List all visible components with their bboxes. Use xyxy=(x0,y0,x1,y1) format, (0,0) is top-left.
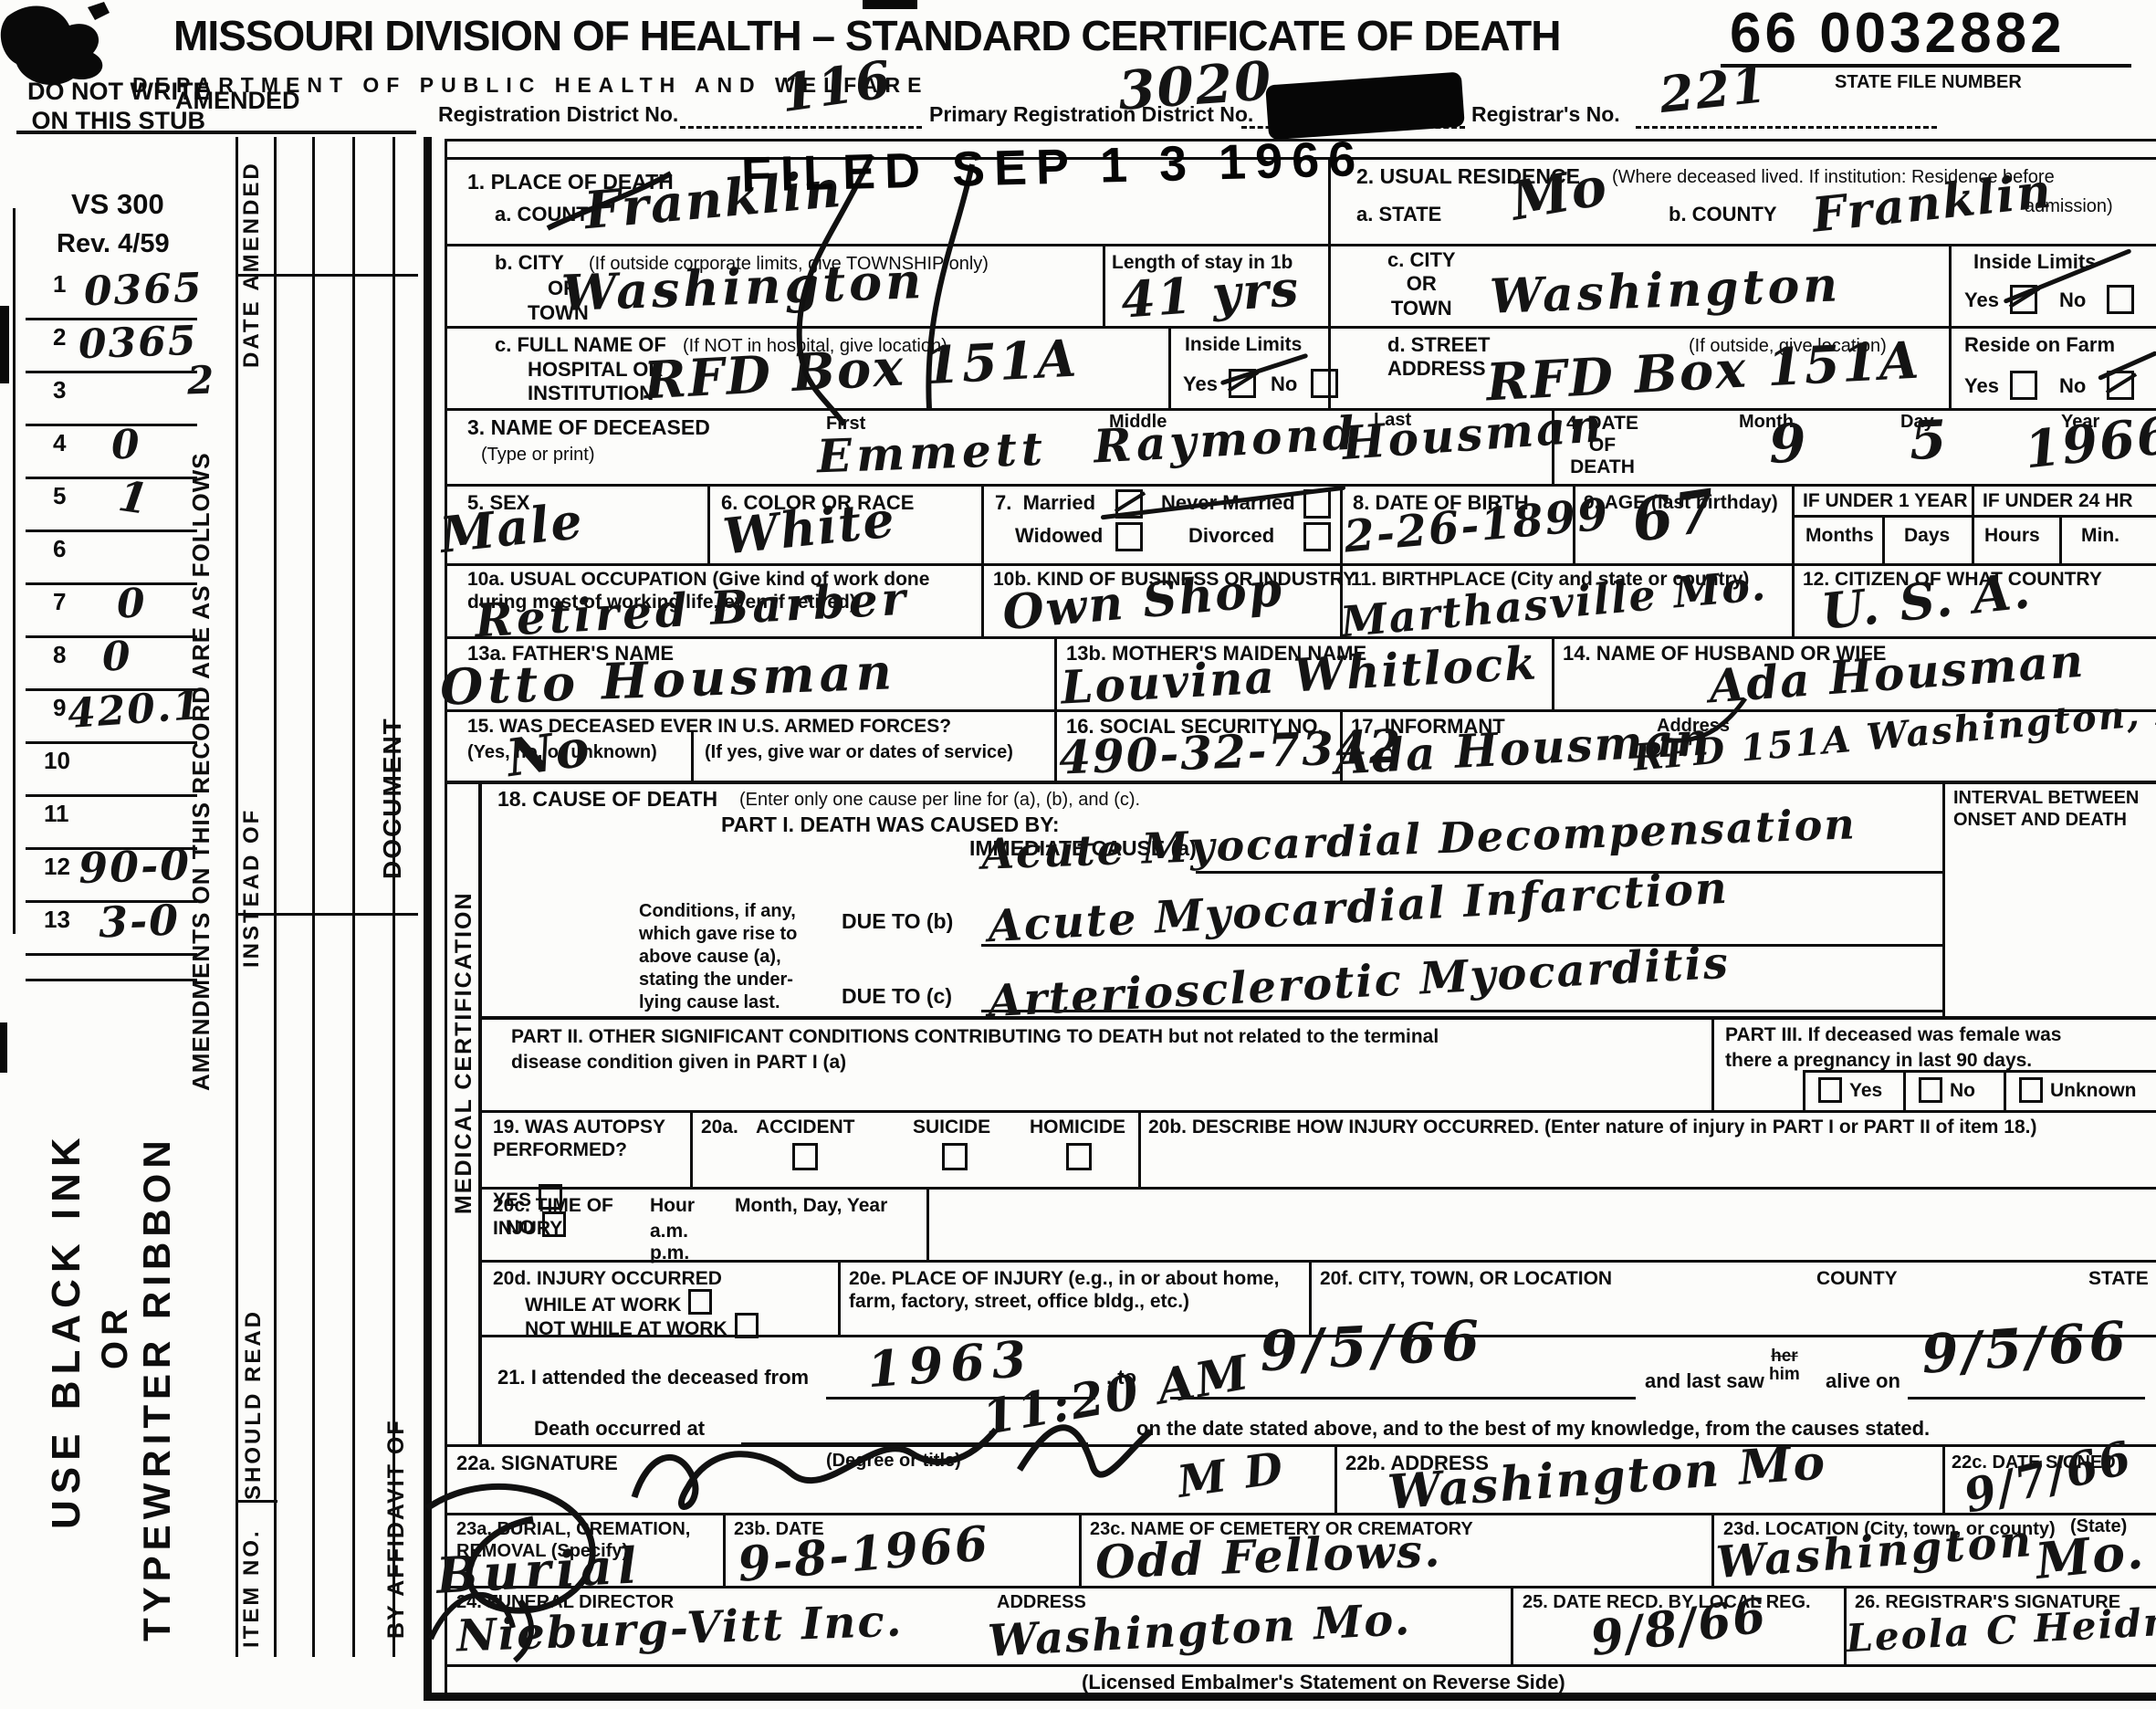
stub-row-num: 7 xyxy=(53,588,66,616)
hours-label: Hours xyxy=(1984,524,2040,547)
stub-use-black-ink-or: OR xyxy=(95,1269,136,1369)
field-20b-heading: 20b. DESCRIBE HOW INJURY OCCURRED. (Ente… xyxy=(1148,1116,2134,1138)
under-24-hr-label: IF UNDER 24 HR xyxy=(1983,489,2133,512)
state-label: STATE xyxy=(2088,1267,2149,1290)
last-alive-value: 9/5/66 xyxy=(1920,1309,2131,1386)
part3-heading: PART III. If deceased was female was the… xyxy=(1725,1022,2061,1075)
pregnancy-yes-checkbox xyxy=(1818,1077,1842,1103)
divider xyxy=(235,137,238,1657)
inside-limits-no-label-2: No xyxy=(2059,288,2086,312)
scan-artifact xyxy=(0,306,9,383)
divider xyxy=(26,371,197,373)
divider xyxy=(1334,1444,1337,1513)
divider xyxy=(1552,636,1554,709)
inside-limits-label-1: Inside Limits xyxy=(1185,333,1302,356)
stub-use-typewriter-ribbon: TYPEWRITER RIBBON xyxy=(135,1048,179,1641)
divider xyxy=(1711,1513,1714,1586)
blank-line xyxy=(741,1442,1088,1445)
months-label: Months xyxy=(1805,524,1874,547)
her-label: her xyxy=(1769,1347,1800,1366)
redaction-blob xyxy=(1265,72,1465,141)
pregnancy-unknown-label: Unknown xyxy=(2050,1079,2137,1102)
divider xyxy=(235,1500,277,1503)
divider xyxy=(478,1110,2156,1113)
blank-line xyxy=(1636,126,1937,129)
cemetery-value: Odd Fellows. xyxy=(1094,1523,1442,1588)
embalmer-footer: (Licensed Embalmer's Statement on Revers… xyxy=(1082,1671,1565,1694)
field-15-paren2: (If yes, give war or dates of service) xyxy=(705,741,1013,763)
degree-title-label: (Degree or title) xyxy=(826,1450,961,1472)
field-2c-value: Washington xyxy=(1489,257,1842,324)
divider xyxy=(1054,636,1057,709)
divider xyxy=(1054,709,1057,781)
field-2d-label: d. STREET ADDRESS xyxy=(1387,333,1490,382)
sex-value: Male xyxy=(437,491,586,564)
field-2d-value: RFD Box 151A xyxy=(1485,330,1922,414)
stub-row-num: 13 xyxy=(44,906,70,934)
divider xyxy=(2059,515,2062,563)
medical-certification-label: MEDICAL CERTIFICATION xyxy=(451,867,477,1214)
field-1b-label: b. CITY xyxy=(495,251,564,275)
homicide-label: HOMICIDE xyxy=(1030,1116,1125,1138)
divider xyxy=(13,208,16,934)
divider xyxy=(838,1260,841,1335)
divider xyxy=(352,137,355,1657)
divider xyxy=(445,484,2156,487)
divider xyxy=(1792,563,1795,636)
divider xyxy=(723,1513,726,1586)
burial-value: Burial xyxy=(434,1536,643,1605)
divider xyxy=(445,563,2156,566)
divider xyxy=(2004,1070,2006,1110)
blank-line xyxy=(680,126,922,129)
not-while-at-work-label: NOT WHILE AT WORK xyxy=(525,1318,727,1339)
divider xyxy=(1079,1513,1082,1586)
divider xyxy=(26,477,197,479)
inside-limits-no-checkbox-2 xyxy=(2107,285,2134,314)
funeral-address-label: ADDRESS xyxy=(997,1591,1086,1613)
scan-artifact xyxy=(0,1022,7,1073)
divider xyxy=(274,137,277,1657)
divider xyxy=(690,1110,693,1187)
stub-row-num: 4 xyxy=(53,429,66,457)
him-label: him xyxy=(1769,1366,1800,1384)
form-left-border-inner xyxy=(445,139,447,1696)
min-label: Min. xyxy=(2081,524,2119,547)
divider xyxy=(445,1664,2156,1667)
field-18-heading: 18. CAUSE OF DEATH xyxy=(497,787,717,813)
stub-col-document: DOCUMENT xyxy=(378,719,407,879)
farm-yes-checkbox xyxy=(2010,371,2037,400)
divider xyxy=(445,244,2156,246)
divider xyxy=(1903,1070,1906,1110)
pregnancy-no-label: No xyxy=(1950,1079,1975,1102)
divider xyxy=(1792,484,1795,563)
stub-row-num: 1 xyxy=(53,270,66,299)
scan-artifact xyxy=(863,0,917,9)
divider xyxy=(26,953,197,956)
filed-stamp: FILED SEP 1 3 1966 xyxy=(740,131,1366,204)
not-while-at-work: NOT WHILE AT WORK xyxy=(525,1313,759,1340)
stub-row-value: 0365 xyxy=(83,265,204,316)
hour-label: Hour xyxy=(650,1194,695,1217)
married-label: Married xyxy=(1023,491,1095,514)
field-2b-label: b. COUNTY xyxy=(1669,203,1777,226)
divider xyxy=(981,484,984,563)
divider xyxy=(981,563,984,636)
stub-form-rev: Rev. 4/59 xyxy=(57,228,170,260)
cause-c-value: Arteriosclerotic Myocarditis xyxy=(987,938,1731,1027)
field-1c-label: c. FULL NAME OF xyxy=(495,333,666,357)
accident-label: ACCIDENT xyxy=(756,1116,855,1138)
divider xyxy=(478,1187,2156,1190)
due-to-b-label: DUE TO (b) xyxy=(842,909,953,935)
death-certificate-scan: MISSOURI DIVISION OF HEALTH – STANDARD C… xyxy=(0,0,2156,1709)
widowed-label: Widowed xyxy=(1015,524,1103,548)
death-year: 1966 xyxy=(2022,405,2156,481)
divider xyxy=(478,781,482,1447)
divider xyxy=(1972,484,1974,563)
stub-row-value: 0 xyxy=(110,421,141,468)
stub-row-num: 8 xyxy=(53,641,66,669)
divider xyxy=(445,326,2156,329)
conditions-note: Conditions, if any, which gave rise to a… xyxy=(639,900,797,1014)
divider xyxy=(1328,244,1331,326)
her-him-stack: her him xyxy=(1769,1347,1800,1384)
divider xyxy=(1103,244,1105,326)
divider xyxy=(1168,326,1171,408)
part2-heading: PART II. OTHER SIGNIFICANT CONDITIONS CO… xyxy=(511,1024,1439,1076)
stay-value: 41 yrs xyxy=(1119,258,1302,330)
stub-row-value: 0 xyxy=(101,633,132,680)
divider xyxy=(312,137,315,1657)
armed-forces-value: No xyxy=(503,718,595,789)
field-20e-heading: 20e. PLACE OF INJURY (e.g., in or about … xyxy=(849,1267,1279,1313)
divider xyxy=(445,1586,2156,1588)
divider xyxy=(1138,1110,1141,1187)
primary-reg-value: 3020 xyxy=(1116,49,1275,122)
under-1-year-label: IF UNDER 1 YEAR xyxy=(1803,489,1967,512)
stub-use-black-ink: USE BLACK INK xyxy=(44,1109,89,1529)
field-20a-num: 20a. xyxy=(701,1116,738,1138)
divider xyxy=(445,1513,2156,1515)
stub-row-num: 2 xyxy=(53,323,66,351)
while-at-work-checkbox xyxy=(688,1289,712,1315)
stub-col-should-read: SHOULD READ xyxy=(241,1313,267,1500)
pm-label: p.m. xyxy=(650,1242,689,1264)
field-3-paren: (Type or print) xyxy=(481,444,594,466)
death-month: 9 xyxy=(1768,412,1809,475)
field-19-heading: 19. WAS AUTOPSY PERFORMED? xyxy=(493,1116,665,1161)
field-21-line1-pre: 21. I attended the deceased from xyxy=(497,1366,809,1389)
divider xyxy=(926,1187,929,1260)
stub-row-num: 12 xyxy=(44,853,70,881)
stub-row-value: 90-0 xyxy=(78,840,192,893)
physician-address-value: Washington Mo xyxy=(1386,1434,1828,1520)
physician-signature-suffix: M D xyxy=(1175,1442,1288,1508)
field-3-heading: 3. NAME OF DECEASED xyxy=(467,415,710,441)
divider xyxy=(691,730,694,781)
divider xyxy=(445,781,2156,784)
stub-row-value: 1 xyxy=(115,471,152,524)
stub-row-num: 3 xyxy=(53,376,66,404)
burial-state-value: Mo. xyxy=(2033,1521,2148,1590)
inside-limits-yes-label-1: Yes xyxy=(1183,372,1218,396)
county-label: COUNTY xyxy=(1816,1267,1898,1290)
accident-checkbox xyxy=(792,1143,818,1170)
pregnancy-no-checkbox xyxy=(1919,1077,1942,1103)
stub-row-num: 11 xyxy=(44,800,69,828)
divider xyxy=(1882,515,1885,563)
form-left-border xyxy=(424,137,432,1700)
divider xyxy=(26,582,197,585)
divider xyxy=(445,709,2156,712)
field-2a-label: a. STATE xyxy=(1356,203,1441,226)
field-2c-label: c. CITY OR TOWN xyxy=(1387,248,1456,320)
ink-blot xyxy=(1,2,110,85)
divider xyxy=(26,741,197,744)
not-while-at-work-checkbox xyxy=(735,1313,759,1338)
divider xyxy=(707,484,710,563)
field-20f-heading: 20f. CITY, TOWN, OR LOCATION xyxy=(1320,1267,1612,1290)
stub-col-by-affidavit: BY AFFIDAVIT OF xyxy=(383,1410,410,1639)
state-file-number: 66 0032882 xyxy=(1730,0,2066,68)
mdy-label: Month, Day, Year xyxy=(735,1194,887,1217)
farm-yes-label: Yes xyxy=(1964,374,1999,398)
widowed-checkbox xyxy=(1115,522,1143,551)
field-18-heading-paren: (Enter only one cause per line for (a), … xyxy=(739,789,1140,811)
stub-row-value: 0 xyxy=(116,580,147,627)
death-day: 5 xyxy=(1909,408,1950,471)
suicide-label: SUICIDE xyxy=(913,1116,990,1138)
homicide-checkbox xyxy=(1066,1143,1092,1170)
stub-row-num: 9 xyxy=(53,694,66,722)
pregnancy-yes-label: Yes xyxy=(1849,1079,1882,1102)
divider xyxy=(26,794,197,797)
divider xyxy=(478,1260,2156,1263)
divider xyxy=(1711,1016,1714,1110)
divider xyxy=(1803,1070,1805,1110)
stub-stray-mark: 2 xyxy=(186,357,216,403)
divorced-label: Divorced xyxy=(1188,524,1274,548)
stub-form-code: VS 300 xyxy=(71,187,164,221)
am-label: a.m. xyxy=(650,1220,688,1242)
field-1b-value: Washington xyxy=(560,251,926,322)
divider xyxy=(1949,244,1952,326)
field-21-line2-pre: Death occurred at xyxy=(534,1417,705,1441)
registrar-no-label: Registrar's No. xyxy=(1471,102,1620,128)
days-label: Days xyxy=(1904,524,1950,547)
stub-amendments-note: AMENDMENTS ON THIS RECORD ARE AS FOLLOWS xyxy=(187,388,215,1091)
divider xyxy=(1942,781,1945,1020)
divider xyxy=(478,1016,2156,1020)
suicide-checkbox xyxy=(942,1143,968,1170)
field-21-line1-mid2: and last saw xyxy=(1645,1369,1764,1393)
stub-col-item-no: ITEM NO. xyxy=(239,1511,265,1648)
divider xyxy=(26,979,197,981)
divorced-checkbox xyxy=(1303,522,1331,551)
inside-limits-no-checkbox-1 xyxy=(1311,369,1338,398)
attended-to-value: 9/5/66 xyxy=(1258,1309,1486,1385)
divider xyxy=(1949,326,1952,408)
field-7-num: 7. xyxy=(995,491,1023,514)
pregnancy-unknown-checkbox xyxy=(2019,1077,2043,1103)
farm-no-label: No xyxy=(2059,374,2086,398)
reg-district-label: Registration District No. xyxy=(438,102,678,128)
state-file-label: STATE FILE NUMBER xyxy=(1835,71,2022,93)
inside-limits-yes-label-2: Yes xyxy=(1964,288,1999,312)
field-22a-heading: 22a. SIGNATURE xyxy=(456,1452,618,1475)
divider xyxy=(1792,515,2156,518)
divider xyxy=(445,636,2156,639)
field-7-married-label: 7. Married xyxy=(995,491,1095,515)
stub-row-num: 5 xyxy=(53,482,66,510)
field-21-line1-mid3: alive on xyxy=(1826,1369,1900,1393)
blank-line xyxy=(1908,1397,2145,1400)
stub-row-num: 10 xyxy=(44,747,70,775)
due-to-c-label: DUE TO (c) xyxy=(842,984,952,1010)
stub-col-instead-of: INSTEAD OF xyxy=(239,790,265,968)
divider xyxy=(1942,1444,1945,1513)
stub-row-value: 420.1 xyxy=(66,682,204,738)
stub-amended-header: AMENDED xyxy=(175,86,300,115)
cause-b-value: Acute Myocardial Infarction xyxy=(987,863,1730,952)
name-first: Emmett xyxy=(816,422,1048,484)
farm-label: Reside on Farm xyxy=(1964,333,2115,357)
registrar-no-value: 221 xyxy=(1657,55,1771,124)
field-20c-heading: 20c. TIME OF INJURY xyxy=(493,1194,613,1240)
interval-label: INTERVAL BETWEEN ONSET AND DEATH xyxy=(1953,787,2139,831)
stub-row-num: 6 xyxy=(53,535,66,563)
field-20d-heading: 20d. INJURY OCCURRED xyxy=(493,1267,722,1290)
stub-col-date-amended: DATE AMENDED xyxy=(239,153,265,368)
inside-limits-no-label-1: No xyxy=(1271,372,1297,396)
divider xyxy=(445,1444,2156,1447)
stub-row-value: 3-0 xyxy=(98,895,181,947)
stub-row-value: 0365 xyxy=(78,318,198,369)
divider xyxy=(26,529,197,532)
divider xyxy=(1511,1586,1513,1664)
age-value: 67 xyxy=(1627,477,1722,556)
